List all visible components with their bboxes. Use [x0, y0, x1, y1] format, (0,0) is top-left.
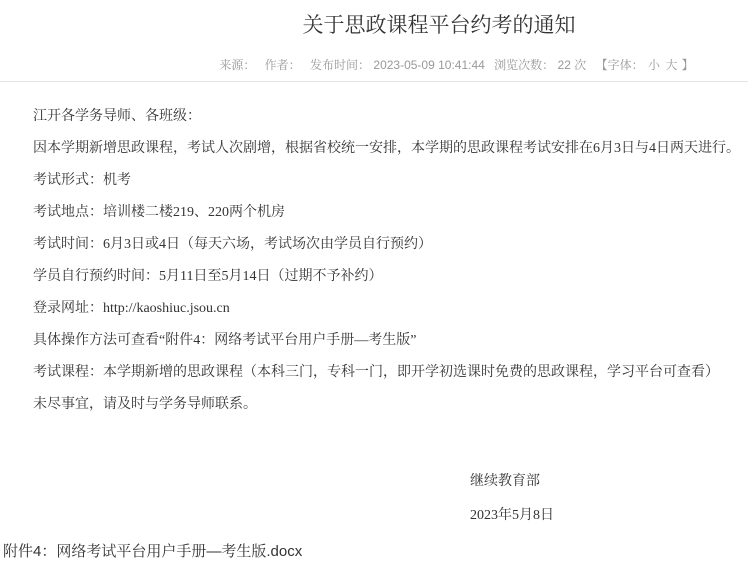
article-meta-bar: 来源： 作者： 发布时间： 2023-05-09 10:41:44 浏览次数： … — [0, 58, 748, 72]
meta-publish-label: 发布时间： — [310, 58, 370, 72]
booking-time-line: 学员自行预约时间：5月11日至5月14日（过期不予补约） — [33, 270, 718, 284]
fontsize-large-button[interactable]: 大 — [665, 58, 677, 72]
meta-source-label: 来源： — [219, 58, 255, 72]
manual-note-line: 具体操作方法可查看“附件4：网络考试平台用户手册—考生版” — [33, 334, 718, 348]
meta-views-label: 浏览次数： — [494, 58, 554, 72]
meta-publish-time: 2023-05-09 10:41:44 — [373, 58, 484, 72]
login-url-label: 登录网址： — [33, 301, 103, 316]
attachment-bar: 附件4：网络考试平台用户手册—考生版.docx — [0, 543, 748, 561]
fontsize-small-button[interactable]: 小 — [648, 58, 660, 72]
exam-courses-line: 考试课程：本学期新增的思政课程（本科三门，专科一门，即开学初选课时免费的思政课程… — [33, 366, 718, 380]
notice-header: 关于思政课程平台约考的通知 来源： 作者： 发布时间： 2023-05-09 1… — [0, 0, 748, 72]
closing-line: 未尽事宜，请及时与学务导师联系。 — [33, 398, 718, 412]
exam-time-line: 考试时间：6月3日或4日（每天六场，考试场次由学员自行预约） — [33, 238, 718, 252]
fontsize-label-close: 】 — [682, 58, 694, 72]
exam-location-line: 考试地点：培训楼二楼219、220两个机房 — [33, 206, 718, 220]
login-url-line: 登录网址：http://kaoshiuc.jsou.cn — [33, 302, 718, 316]
signature-department: 继续教育部 — [470, 475, 718, 489]
meta-views-unit: 次 — [574, 58, 586, 72]
intro-paragraph: 因本学期新增思政课程，考试人次剧增，根据省校统一安排，本学期的思政课程考试安排在… — [33, 142, 718, 156]
signature-date: 2023年5月8日 — [470, 509, 718, 523]
login-url: http://kaoshiuc.jsou.cn — [103, 301, 230, 316]
meta-author-label: 作者： — [265, 58, 301, 72]
notice-body: 江开各学务导师、各班级： 因本学期新增思政课程，考试人次剧增，根据省校统一安排，… — [0, 82, 748, 523]
greeting-line: 江开各学务导师、各班级： — [33, 110, 718, 124]
meta-views-count: 22 — [558, 58, 571, 72]
exam-format-line: 考试形式：机考 — [33, 174, 718, 188]
page-title: 关于思政课程平台约考的通知 — [0, 12, 748, 40]
signature-block: 继续教育部 2023年5月8日 — [470, 475, 718, 523]
fontsize-label-open: 【字体： — [596, 58, 644, 72]
attachment-docx-link[interactable]: 附件4：网络考试平台用户手册—考生版.docx — [3, 543, 302, 560]
